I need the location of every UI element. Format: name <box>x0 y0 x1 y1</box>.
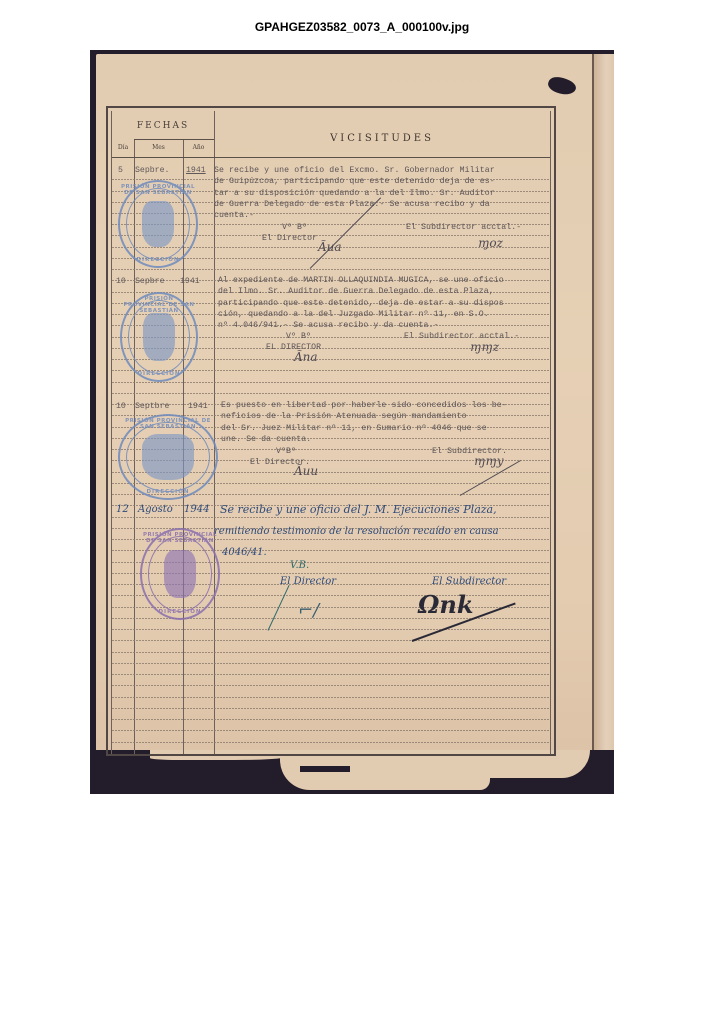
stamp-text: PRISIÓN PROVINCIAL DE SAN SEBASTIÁN <box>122 296 196 314</box>
subdirector-signature: ɱɱz <box>470 340 499 354</box>
entry-day: 5 <box>118 166 123 175</box>
stamp-text: DIRECCIÓN <box>120 489 216 495</box>
file-title: GPAHGEZ03582_0073_A_000100v.jpg <box>0 20 724 34</box>
entry-day: 10 <box>116 402 126 411</box>
paper-fold-edge <box>592 54 614 754</box>
entry-month: Agosto <box>138 504 173 515</box>
stamp-text: PRISIÓN PROVINCIAL DE SAN SEBASTIÁN <box>120 184 196 196</box>
vb-label: VºBº <box>276 446 296 457</box>
header-ano: Año <box>183 144 214 151</box>
entry-day: 12 <box>116 504 129 515</box>
header-vicisitudes: VICISITUDES <box>214 133 550 144</box>
prison-stamp: PRISIÓN PROVINCIAL DE SAN SEBASTIÁN DIRE… <box>140 528 220 620</box>
entry-year: 1941 <box>186 166 206 175</box>
eagle-emblem-icon <box>142 201 174 247</box>
header-dia: Día <box>112 144 134 151</box>
entry-month: Sepbre. <box>135 166 169 175</box>
header-fechas: FECHAS <box>112 121 214 131</box>
prison-stamp: PRISIÓN PROVINCIAL DE SAN SEBASTIÁN DIRE… <box>120 292 198 382</box>
stamp-text: PRISIÓN PROVINCIAL DE SAN SEBASTIÁN <box>120 418 216 430</box>
stamp-text: PRISIÓN PROVINCIAL DE SAN SEBASTIÁN <box>142 532 218 544</box>
subdirector-label: El Subdirector acctal.- <box>404 331 519 342</box>
entry-year: 1941 <box>180 277 200 286</box>
entry-text: Se recibe y une oficio del Excmo. Sr. Go… <box>214 165 495 221</box>
prison-stamp: PRISIÓN PROVINCIAL DE SAN SEBASTIÁN DIRE… <box>118 414 218 500</box>
subdirector-label: El Subdirector <box>432 576 506 587</box>
prison-stamp: PRISIÓN PROVINCIAL DE SAN SEBASTIÁN DIRE… <box>118 180 198 268</box>
subdirector-signature: ɱɱy <box>474 454 504 468</box>
subdirector-signature: Ωnk <box>418 590 473 619</box>
header-mes: Mes <box>134 144 183 151</box>
entry-day: 10 <box>116 277 126 286</box>
eagle-emblem-icon <box>164 550 196 598</box>
stamp-text: DIRECCIÓN <box>142 609 218 615</box>
eagle-emblem-icon <box>143 313 174 360</box>
director-signature: ⌐/ <box>298 600 319 621</box>
entry-text-line: 4046/41. <box>222 547 267 558</box>
stamp-text: DIRECCIÓN <box>120 257 196 263</box>
subdirector-signature: ɱoz <box>478 236 503 250</box>
subdirector-label: El Subdirector acctal.- <box>406 222 521 233</box>
entry-text: Al expediente de MARTIN OLLAQUINDIA MUGI… <box>218 275 504 331</box>
entry-text: Es puesto en libertad por haberle sido c… <box>221 400 507 445</box>
entry-text-line: remitiendo testimonio de la resolución r… <box>214 526 499 537</box>
director-label: El Director <box>262 233 317 244</box>
vb-label: Vº Bº <box>282 222 307 233</box>
entry-month: Sepbre <box>135 277 164 286</box>
vb-label: Vº Bº <box>286 331 311 342</box>
eagle-emblem-icon <box>142 434 195 479</box>
entry-year: 1941 <box>188 402 208 411</box>
director-signature: Ãuu <box>294 464 318 478</box>
entry-text-line: Se recibe y une oficio del J. M. Ejecuci… <box>220 503 497 516</box>
vb-label: V.B. <box>290 560 309 571</box>
entry-month: Septbre <box>135 402 169 411</box>
torn-bottom-edge <box>90 750 614 794</box>
stamp-text: DIRECCIÓN <box>122 371 196 377</box>
director-signature: Ãna <box>294 350 318 364</box>
entry-year: 1944 <box>184 504 209 515</box>
